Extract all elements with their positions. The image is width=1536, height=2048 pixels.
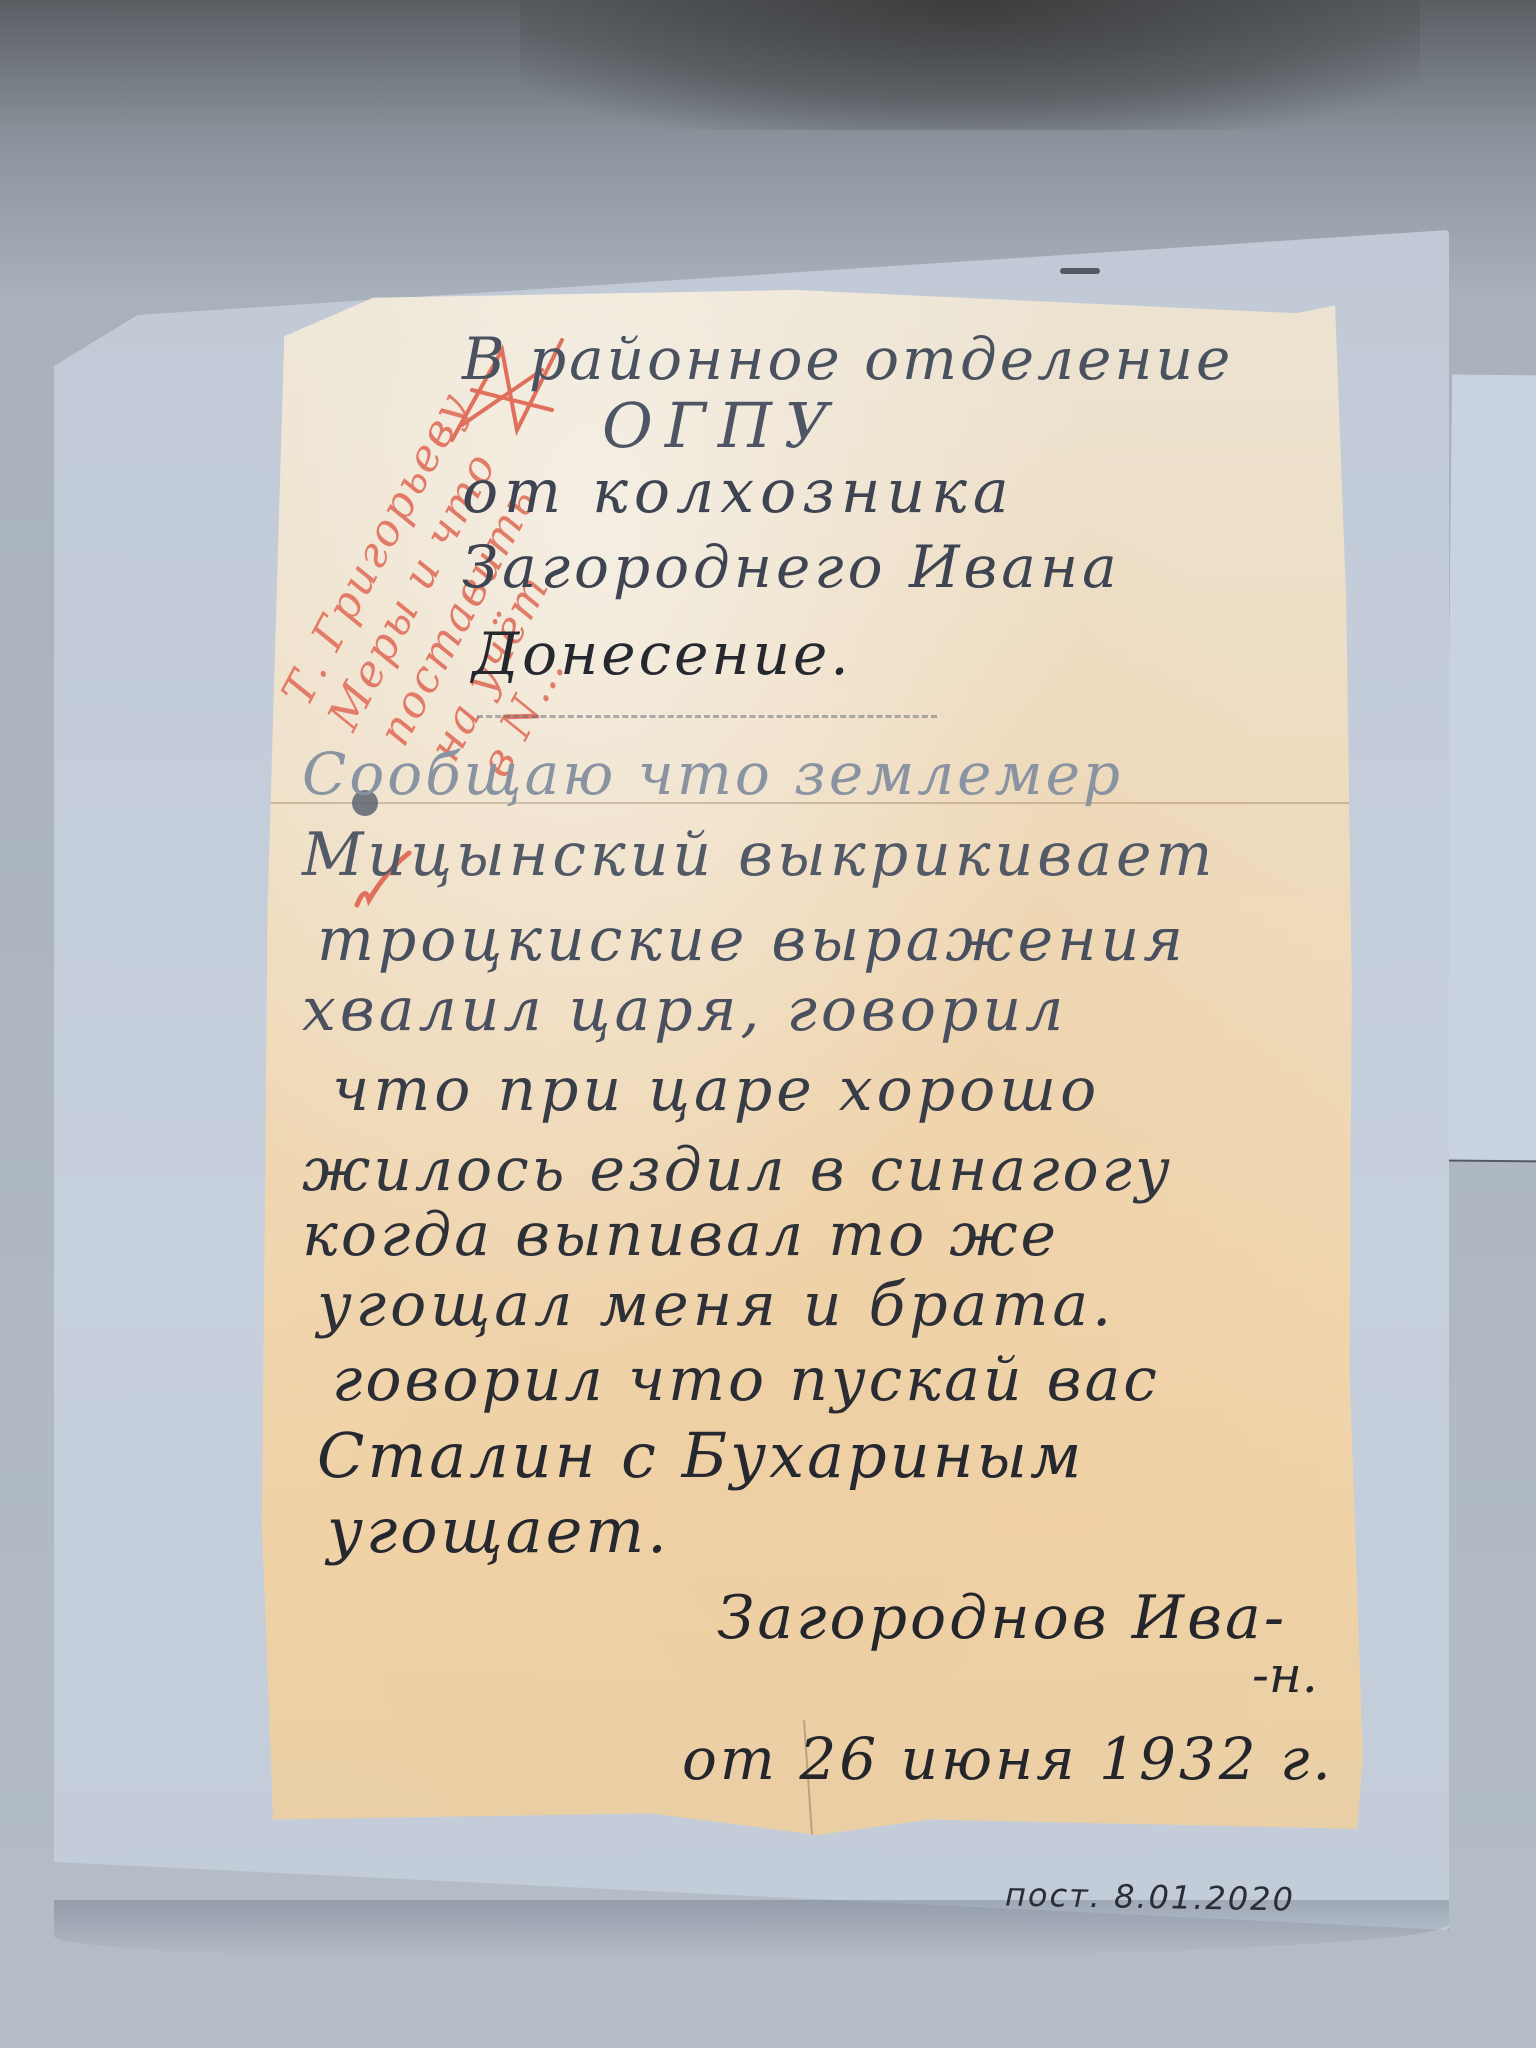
mount-corner-mark [1060,268,1100,274]
addressee-line-2: ОГПУ [602,395,841,457]
document-title: Донесение. [472,625,852,683]
body-line: когда выпивал то же [302,1205,1059,1265]
body-line: угощает. [327,1500,670,1562]
top-shadow [520,0,1420,130]
body-line: Сталин с Бухариным [317,1425,1084,1487]
sender-line-1: от колхозника [462,462,1015,522]
receipt-date-note: пост. 8.01.2020 [1005,1875,1296,1918]
body-line: троцкиские выражения [317,910,1187,970]
signature-name-continued: -н. [1252,1650,1318,1700]
handwritten-letter: Т. Григорьеву Меры и что поставить на уч… [262,290,1374,1835]
signature-name: Загороднов Ива- [717,1588,1287,1648]
body-line: хвалил царя, говорил [302,980,1067,1040]
title-underline [477,705,937,718]
body-line: что при царе хорошо [332,1060,1100,1120]
body-line: говорил что пускай вас [332,1350,1160,1410]
body-line: Сообщаю что землемер [302,745,1123,803]
side-white-sheet [1444,374,1536,1162]
body-line: Мицынский выкрикивает [302,825,1216,885]
body-line: жилось ездил в синагогу [302,1140,1173,1200]
sender-line-2: Загороднего Ивана [462,538,1121,596]
addressee-line-1: В районное отделение [462,330,1233,388]
signature-date: от 26 июня 1932 г. [682,1730,1334,1788]
body-line: угощал меня и брата. [317,1275,1115,1335]
